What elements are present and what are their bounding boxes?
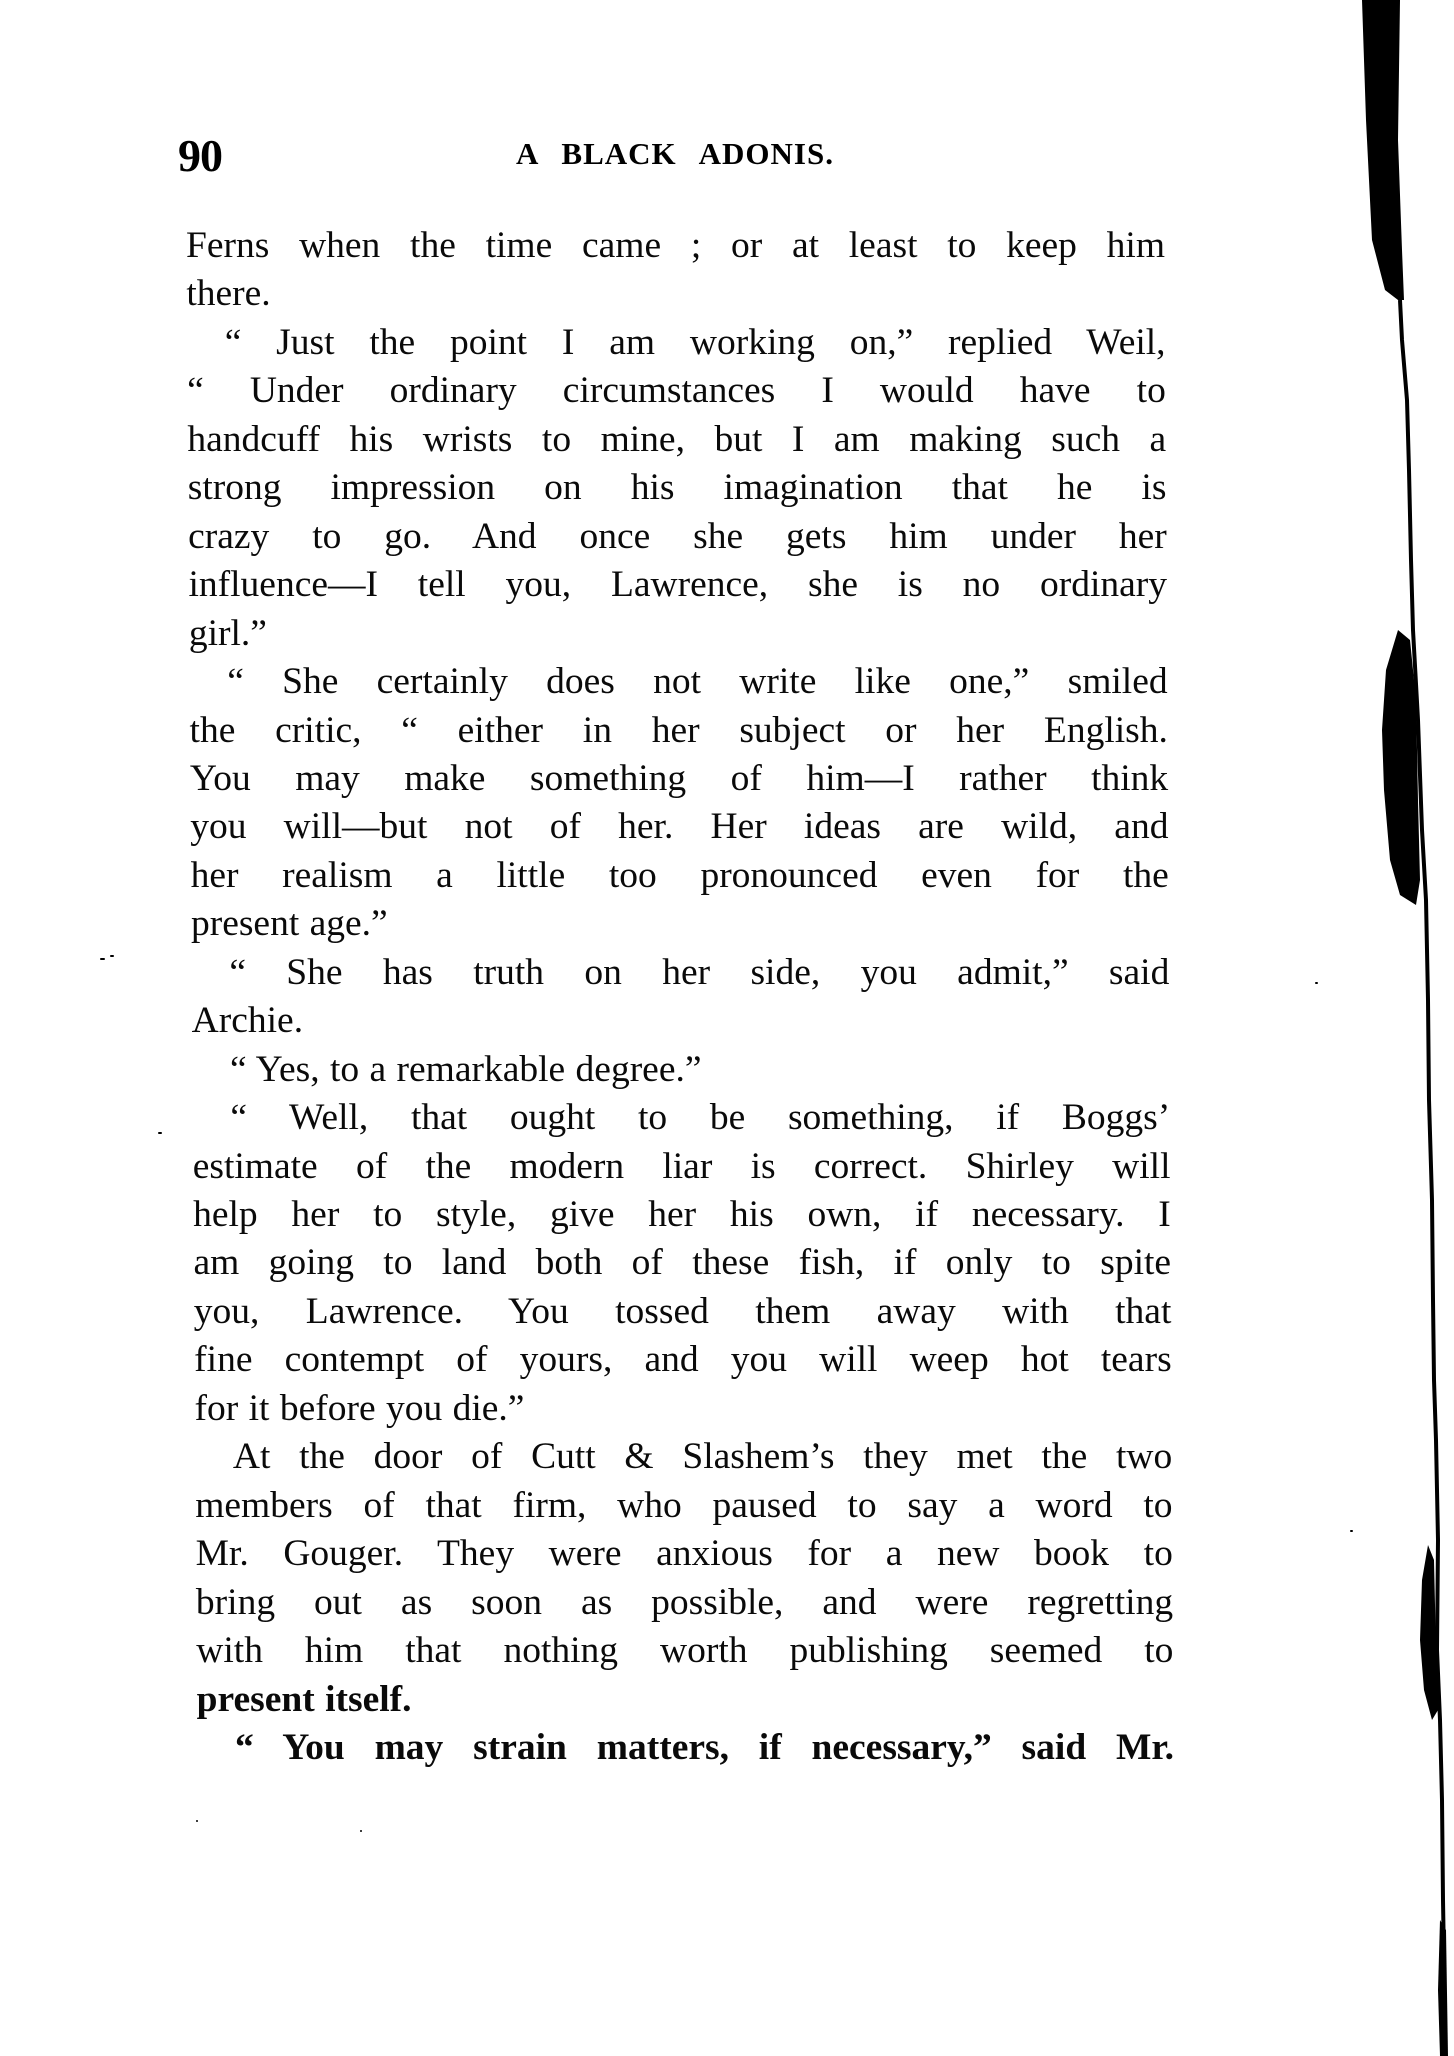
text-line: members of that firm, who paused to say …: [195, 1482, 1172, 1530]
text-line: fine contempt of yours, and you will wee…: [194, 1336, 1172, 1384]
paragraph-first-line: “ Just the point I am working on,” repli…: [225, 319, 1166, 367]
text-line: strong impression on his imagination tha…: [188, 464, 1167, 512]
text-line: girl.”: [189, 610, 1167, 658]
paragraph-first-line: “ She certainly does not write like one,…: [227, 658, 1167, 706]
paragraph-first-line: “ Well, that ought to be something, if B…: [230, 1094, 1170, 1142]
scan-speck: [1350, 1530, 1353, 1532]
scan-speck: [158, 1132, 162, 1134]
text-line: there.: [186, 270, 1165, 318]
text-line: You may make something of him—I rather t…: [190, 755, 1168, 803]
text-line: the critic, “ either in her subject or h…: [190, 707, 1168, 755]
running-title: A BLACK ADONIS.: [516, 134, 834, 174]
text-line: influence—I tell you, Lawrence, she is n…: [188, 561, 1167, 609]
text-line: her realism a little too pronounced even…: [191, 852, 1169, 900]
scan-speck: [100, 958, 105, 960]
scan-speck: [110, 955, 114, 957]
scanned-book-page: 90 A BLACK ADONIS. Ferns when the time c…: [0, 0, 1454, 2056]
paragraph-first-line: At the door of Cutt & Slashem’s they met…: [233, 1433, 1172, 1481]
running-head: 90 A BLACK ADONIS.: [0, 128, 1454, 184]
text-line: estimate of the modern liar is correct. …: [193, 1143, 1171, 1191]
text-line: handcuff his wrists to mine, but I am ma…: [187, 416, 1166, 464]
text-line: crazy to go. And once she gets him under…: [188, 513, 1167, 561]
text-line: for it before you die.”: [195, 1385, 1172, 1433]
page-number: 90: [178, 128, 222, 184]
text-line: you will—but not of her. Her ideas are w…: [190, 803, 1168, 851]
paragraph-first-line: “ She has truth on her side, you admit,”…: [229, 949, 1169, 997]
text-line: present age.”: [191, 900, 1169, 948]
scan-speck: [360, 1830, 362, 1832]
text-line: Ferns when the time came ; or at least t…: [186, 222, 1165, 270]
text-line: you, Lawrence. You tossed them away with…: [194, 1288, 1172, 1336]
scan-speck: [1315, 982, 1318, 984]
paragraph-first-line: “ Yes, to a remarkable degree.”: [230, 1046, 1170, 1094]
text-line: help her to style, give her his own, if …: [193, 1191, 1171, 1239]
text-line: Mr. Gouger. They were anxious for a new …: [196, 1530, 1173, 1578]
paragraph-first-line: “ You may strain matters, if necessary,”…: [235, 1724, 1174, 1772]
text-line: “ Under ordinary circumstances I would h…: [187, 367, 1166, 415]
text-line: bring out as soon as possible, and were …: [196, 1579, 1173, 1627]
text-line: with him that nothing worth publishing s…: [196, 1627, 1173, 1675]
text-line: present itself.: [197, 1676, 1174, 1724]
scan-speck: [196, 1820, 198, 1822]
text-line: Archie.: [192, 997, 1170, 1045]
text-line: am going to land both of these fish, if …: [193, 1239, 1171, 1287]
